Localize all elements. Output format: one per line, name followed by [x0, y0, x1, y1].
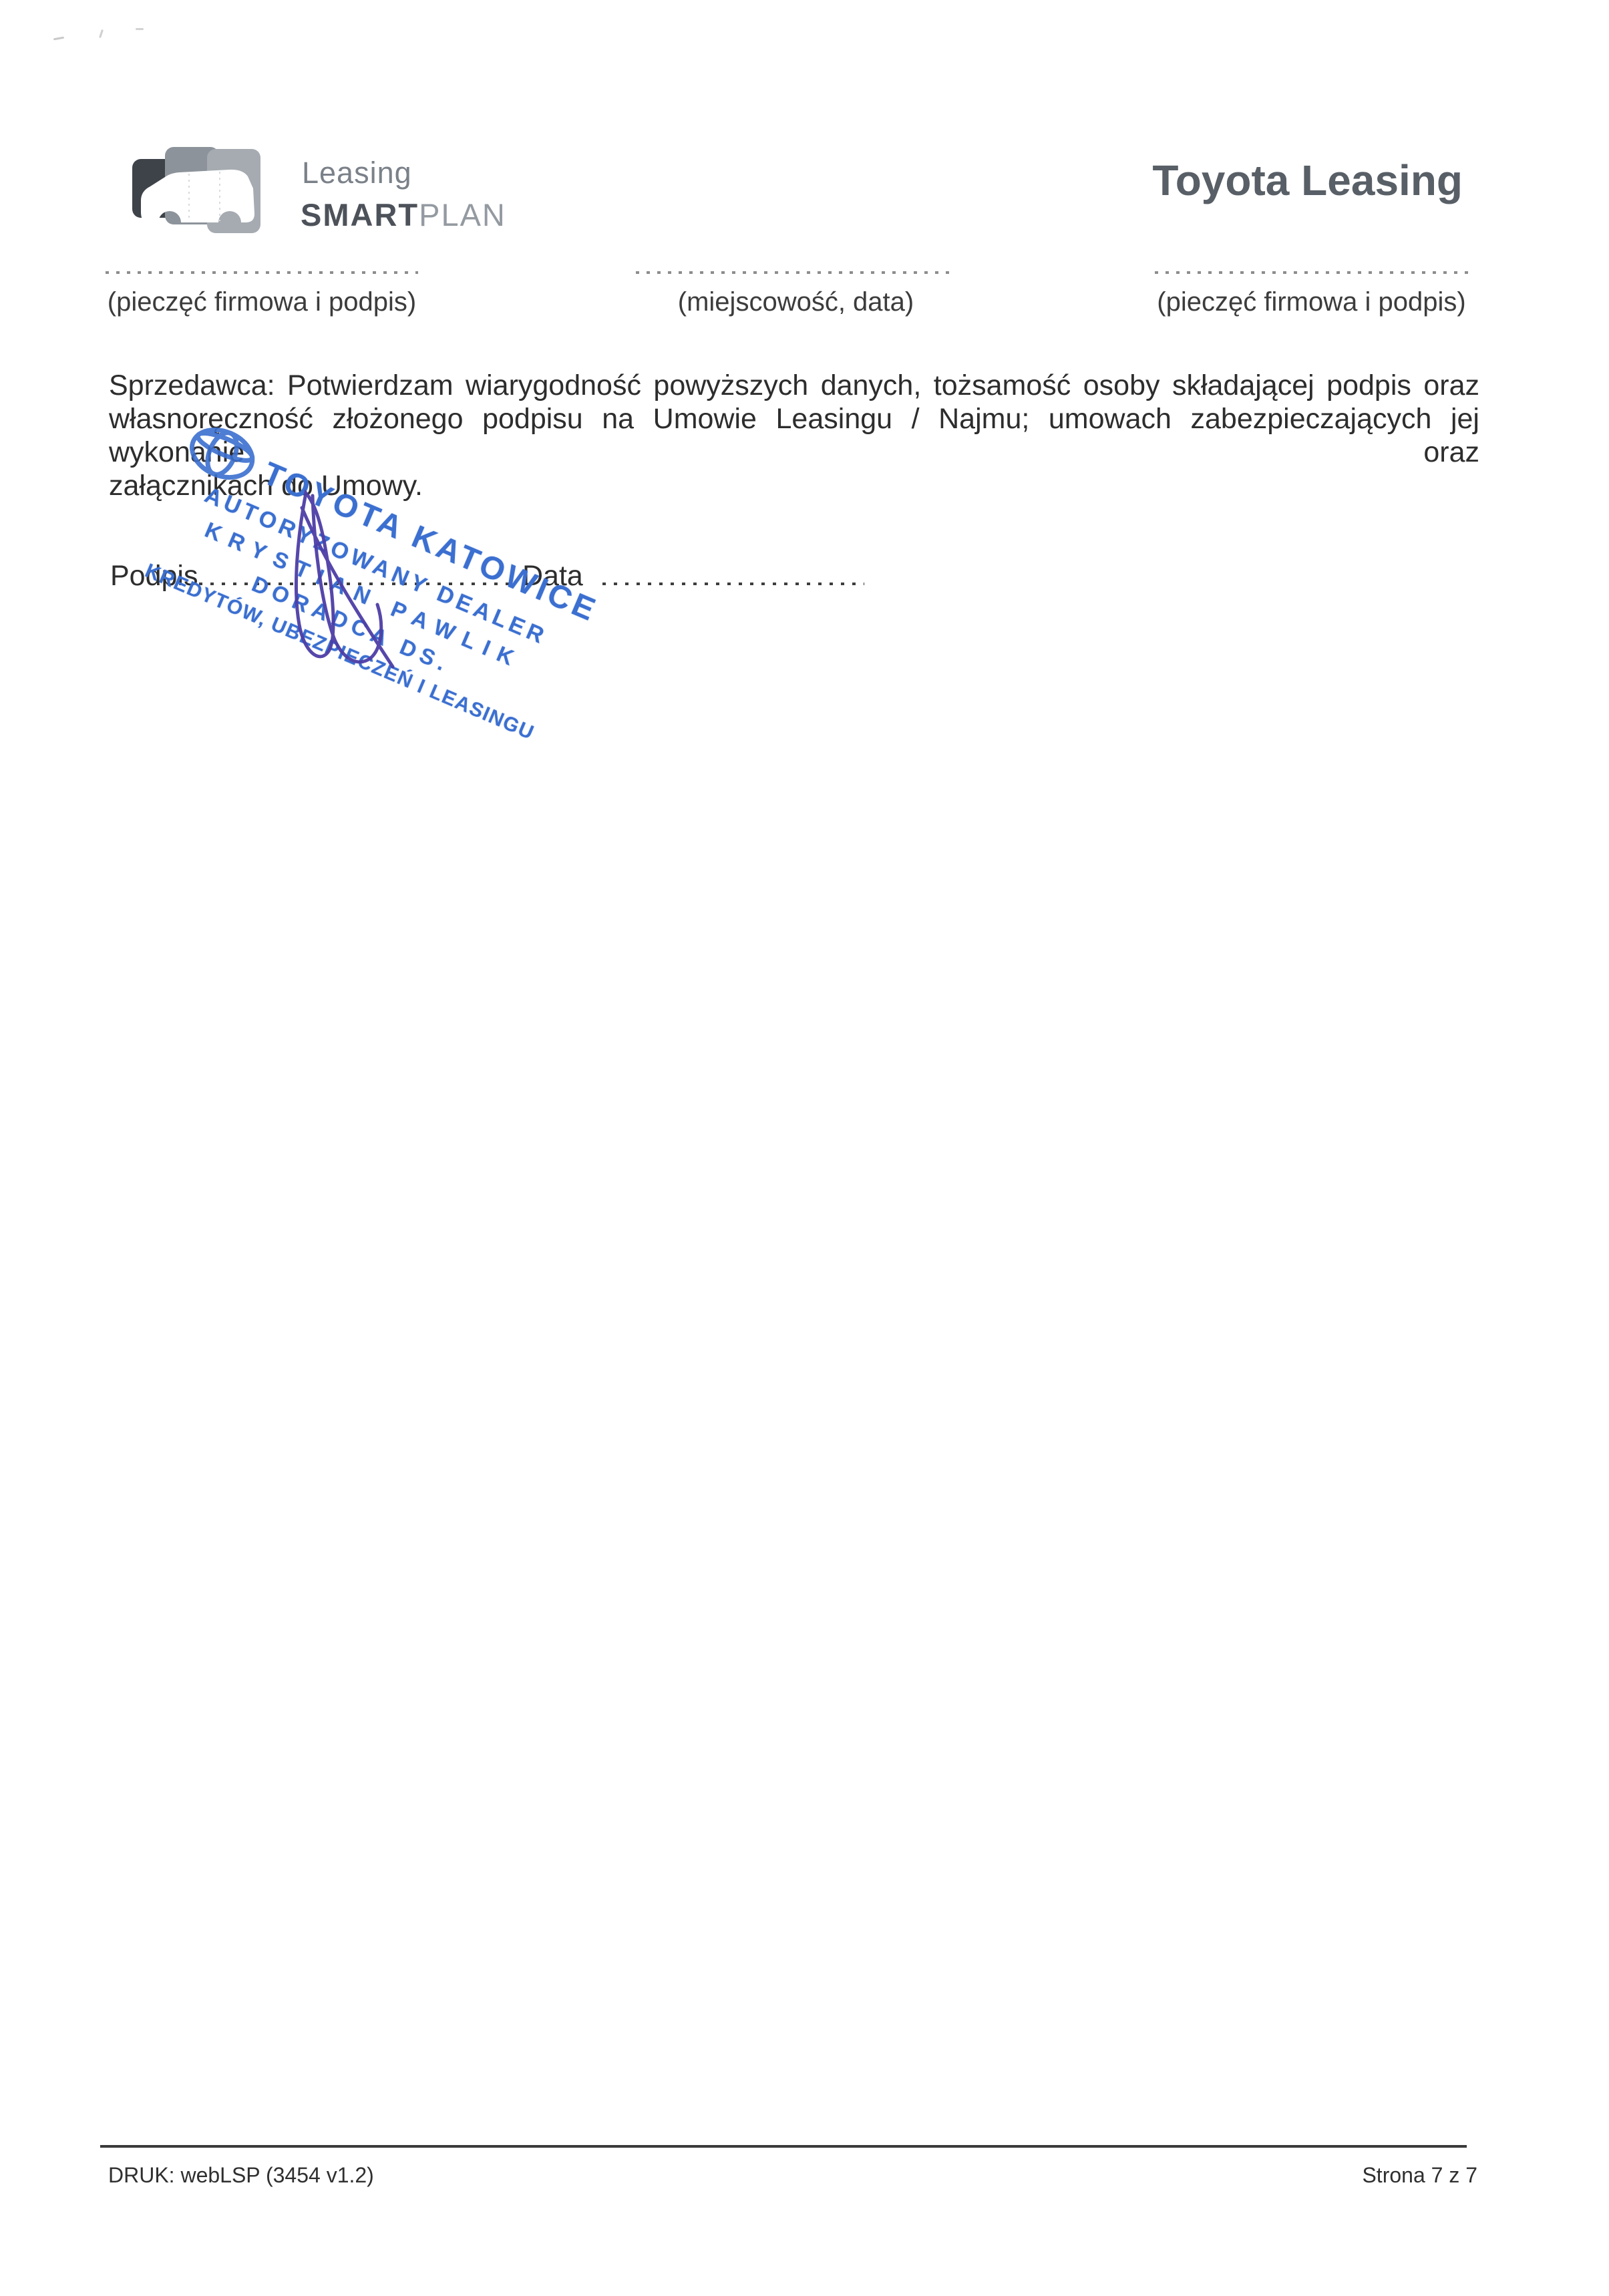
- pencil-mark: [53, 37, 64, 41]
- dotted-line-center: [636, 271, 956, 274]
- caption-stamp-signature-left: (pieczęć firmowa i podpis): [79, 287, 445, 317]
- dotted-line-left: [106, 271, 418, 274]
- scanned-document-page: Leasing SMARTPLAN Toyota Leasing (pieczę…: [0, 0, 1609, 2296]
- caption-place-date: (miejscowość, data): [602, 287, 989, 317]
- toyota-leasing-title: Toyota Leasing: [1152, 156, 1463, 205]
- pencil-mark: [99, 29, 104, 38]
- logo-smart-part: SMART: [301, 197, 419, 232]
- handwritten-signature: [281, 468, 427, 695]
- paragraph-line: własnoręczność złożonego podpisu na Umow…: [109, 402, 1479, 469]
- footer-page-number: Strona 7 z 7: [1362, 2163, 1477, 2188]
- caption-stamp-signature-right: (pieczęć firmowa i podpis): [1128, 287, 1495, 317]
- logo-plan-part: PLAN: [419, 197, 506, 232]
- logo-smartplan-text: SMARTPLAN: [301, 196, 506, 233]
- pencil-mark: [136, 28, 144, 30]
- dotted-line-right: [1155, 271, 1468, 274]
- paragraph-line: Sprzedawca: Potwierdzam wiarygodność pow…: [109, 369, 1479, 402]
- smartplan-van-icon: [130, 147, 264, 237]
- data-dotted-leader: [602, 583, 864, 585]
- logo-leasing-text: Leasing: [302, 156, 412, 190]
- footer-divider: [100, 2145, 1467, 2148]
- footer-print-code: DRUK: webLSP (3454 v1.2): [108, 2163, 374, 2188]
